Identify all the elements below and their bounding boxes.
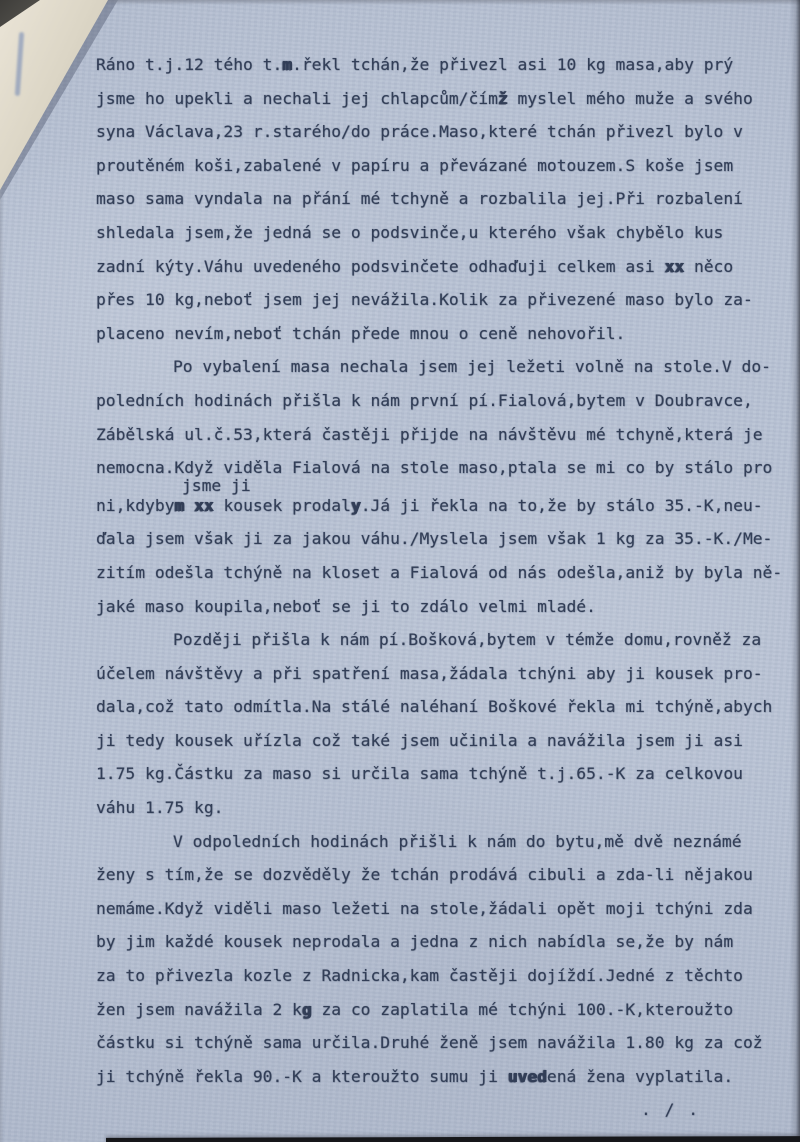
typed-text: ená žena vyplatila. — [547, 1067, 733, 1086]
typed-text: jsme ji — [182, 476, 251, 495]
typed-text: V odpoledních hodinách přišli k nám do b… — [173, 832, 742, 851]
typed-text: Později přišla k nám pí.Bošková,bytem v … — [173, 630, 761, 649]
typed-text: zadní kýty.Váhu uvedeného podsvinčete od… — [96, 257, 665, 276]
typed-text: dala,což tato odmítla.Na stálé naléhaní … — [96, 697, 772, 716]
overtyped-text: xx — [665, 257, 685, 276]
text-line: poledních hodinách přišla k nám první pí… — [96, 390, 776, 424]
text-line: účelem návštěvy a při spatření masa,žáda… — [96, 663, 776, 697]
typed-text — [184, 496, 194, 515]
text-line: by jim každé kousek neprodala a jedna z … — [96, 931, 776, 965]
text-line: za to přivezla kozle z Radnicka,kam čast… — [96, 965, 776, 999]
typed-text: váhu 1.75 kg. — [96, 798, 223, 817]
typed-text: něco — [684, 257, 733, 276]
text-line: V odpoledních hodinách přišli k nám do b… — [96, 831, 776, 865]
typed-text: Ráno t.j.12 tého t. — [96, 55, 282, 74]
typed-text: .řekl tchán,že přivezl asi 10 kg masa,ab… — [292, 55, 733, 74]
text-line: syna Václava,23 r.starého/do práce.Maso,… — [96, 121, 776, 155]
text-line: váhu 1.75 kg. — [96, 797, 776, 831]
typed-text: zitím odešla tchýně na kloset a Fialová … — [96, 563, 782, 582]
text-line: ženy s tím,že se dozvěděly že tchán prod… — [96, 864, 776, 898]
typed-text: myslel mého muže a svého — [508, 89, 753, 108]
page-top-edge — [0, 0, 800, 5]
typed-text: ji tedy kousek uřízla což také jsem učin… — [96, 731, 743, 750]
text-line: Zábělská ul.č.53,která častěji přijde na… — [96, 424, 776, 458]
text-line: Ráno t.j.12 tého t.m.řekl tchán,že přive… — [96, 54, 776, 88]
typed-text: nemáme.Když viděli maso ležeti na stole,… — [96, 899, 753, 918]
typed-text: maso sama vyndala na přání mé tchyně a r… — [96, 189, 743, 208]
typed-text: ni,kdyby — [96, 496, 174, 515]
overtyped-text: ž — [498, 89, 508, 108]
typed-text: ďala jsem však ji za jakou váhu./Myslela… — [96, 529, 772, 548]
scanned-page: Ráno t.j.12 tého t.m.řekl tchán,že přive… — [0, 0, 800, 1142]
typed-text: žen jsem navážila 2 k — [96, 1000, 302, 1019]
text-line: zitím odešla tchýně na kloset a Fialová … — [96, 562, 776, 596]
typed-text: Zábělská ul.č.53,která častěji přijde na… — [96, 425, 763, 444]
text-block: Ráno t.j.12 tého t.m.řekl tchán,že přive… — [96, 54, 776, 1133]
text-line: maso sama vyndala na přání mé tchyně a r… — [96, 188, 776, 222]
text-line: zadní kýty.Váhu uvedeného podsvinčete od… — [96, 256, 776, 290]
typed-text: . / . — [641, 1100, 700, 1119]
text-line: proutěném koši,zabalené v papíru a převá… — [96, 155, 776, 189]
text-line: 1.75 kg.Částku za maso si určila sama tc… — [96, 763, 776, 797]
text-line: ďala jsem však ji za jakou váhu./Myslela… — [96, 528, 776, 562]
typed-text: ji tchýně řekla 90.-K a kteroužto sumu j… — [96, 1067, 508, 1086]
typed-text: jsme ho upekli a nechali jej chlapcům/čí… — [96, 89, 498, 108]
overtyped-text: g — [302, 1000, 312, 1019]
text-line: placeno nevím,neboť tchán přede mnou o c… — [96, 323, 776, 357]
text-line: jsme ho upekli a nechali jej chlapcům/čí… — [96, 88, 776, 122]
typed-text: za co zaplatila mé tchýni 100.-K,kterouž… — [312, 1000, 734, 1019]
typed-text: by jim každé kousek neprodala a jedna z … — [96, 932, 733, 951]
typed-text: 1.75 kg.Částku za maso si určila sama tc… — [96, 764, 743, 783]
typed-text: shledala jsem,že jedná se o podsvinče,u … — [96, 223, 723, 242]
text-line: jaké maso koupila,neboť se ji to zdálo v… — [96, 596, 776, 630]
text-line: ji tchýně řekla 90.-K a kteroužto sumu j… — [96, 1066, 776, 1100]
overtyped-text: y — [351, 496, 361, 515]
page-bottom-edge — [106, 1136, 800, 1142]
typed-text: Po vybalení masa nechala jsem jej ležeti… — [173, 357, 771, 376]
typed-text: placeno nevím,neboť tchán přede mnou o c… — [96, 324, 625, 343]
text-line: ni,kdybym xx kousek prodaly.Já ji řekla … — [96, 495, 776, 529]
typed-text: syna Václava,23 r.starého/do práce.Maso,… — [96, 122, 743, 141]
typed-text: přes 10 kg,neboť jsem jej nevážila.Kolik… — [96, 290, 753, 309]
typed-text: .Já ji řekla na to,že by stálo 35.-K,neu… — [361, 496, 763, 515]
typed-text: účelem návštěvy a při spatření masa,žáda… — [96, 664, 763, 683]
typed-text: poledních hodinách přišla k nám první pí… — [96, 391, 753, 410]
continuation-mark: . / . — [96, 1099, 776, 1133]
typed-text: za to přivezla kozle z Radnicka,kam čast… — [96, 966, 743, 985]
text-line: přes 10 kg,neboť jsem jej nevážila.Kolik… — [96, 289, 776, 323]
overtyped-text: uved — [508, 1067, 547, 1086]
text-line: dala,což tato odmítla.Na stálé naléhaní … — [96, 696, 776, 730]
text-line: žen jsem navážila 2 kg za co zaplatila m… — [96, 999, 776, 1033]
overtyped-text: xx — [194, 496, 214, 515]
typed-text: kousek prodal — [214, 496, 351, 515]
text-line: Později přišla k nám pí.Bošková,bytem v … — [96, 629, 776, 663]
text-line: Po vybalení masa nechala jsem jej ležeti… — [96, 356, 776, 390]
overtyped-text: m — [174, 496, 184, 515]
typed-text: ženy s tím,že se dozvěděly že tchán prod… — [96, 865, 753, 884]
overtyped-text: m — [282, 55, 292, 74]
typed-text: částku si tchýně sama určila.Druhé ženě … — [96, 1033, 763, 1052]
typed-text: jaké maso koupila,neboť se ji to zdálo v… — [96, 597, 596, 616]
typed-text: proutěném koši,zabalené v papíru a převá… — [96, 156, 733, 175]
text-line: shledala jsem,že jedná se o podsvinče,u … — [96, 222, 776, 256]
text-line: částku si tchýně sama určila.Druhé ženě … — [96, 1032, 776, 1066]
page-right-edge — [790, 0, 800, 1142]
text-line: nemáme.Když viděli maso ležeti na stole,… — [96, 898, 776, 932]
text-line: ji tedy kousek uřízla což také jsem učin… — [96, 730, 776, 764]
